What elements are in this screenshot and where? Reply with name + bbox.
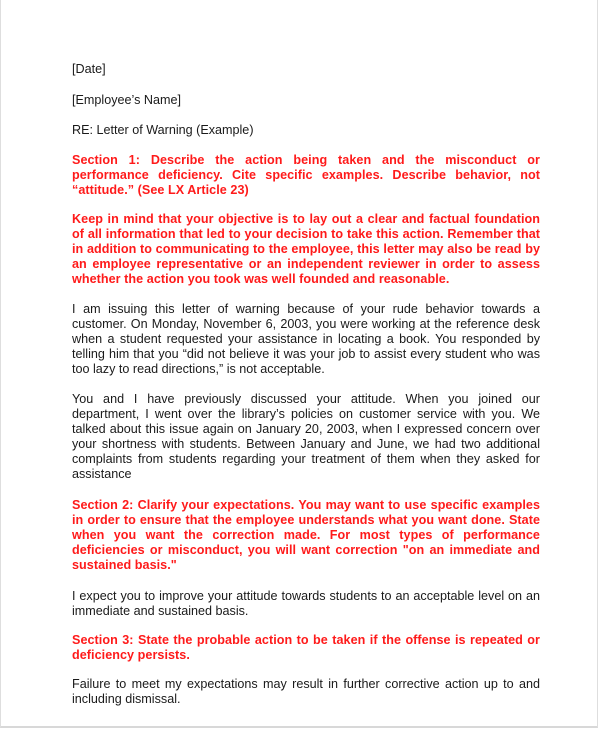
section-1-instruction: Section 1: Describe the action being tak… — [72, 153, 540, 198]
paragraph-expectation: I expect you to improve your attitude to… — [72, 589, 540, 619]
subject-line: RE: Letter of Warning (Example) — [72, 123, 540, 138]
date-placeholder: [Date] — [72, 62, 540, 77]
paragraph-history: You and I have previously discussed your… — [72, 392, 540, 483]
section-3-instruction: Section 3: State the probable action to … — [72, 633, 540, 663]
letter-body: [Date] [Employee’s Name] RE: Letter of W… — [72, 62, 540, 707]
section-2-instruction: Section 2: Clarify your expectations. Yo… — [72, 498, 540, 573]
paragraph-consequence: Failure to meet my expectations may resu… — [72, 677, 540, 707]
paragraph-incident: I am issuing this letter of warning beca… — [72, 302, 540, 377]
employee-name-placeholder: [Employee’s Name] — [72, 93, 540, 108]
document-page: [Date] [Employee’s Name] RE: Letter of W… — [0, 0, 598, 728]
section-1-note: Keep in mind that your objective is to l… — [72, 212, 540, 287]
